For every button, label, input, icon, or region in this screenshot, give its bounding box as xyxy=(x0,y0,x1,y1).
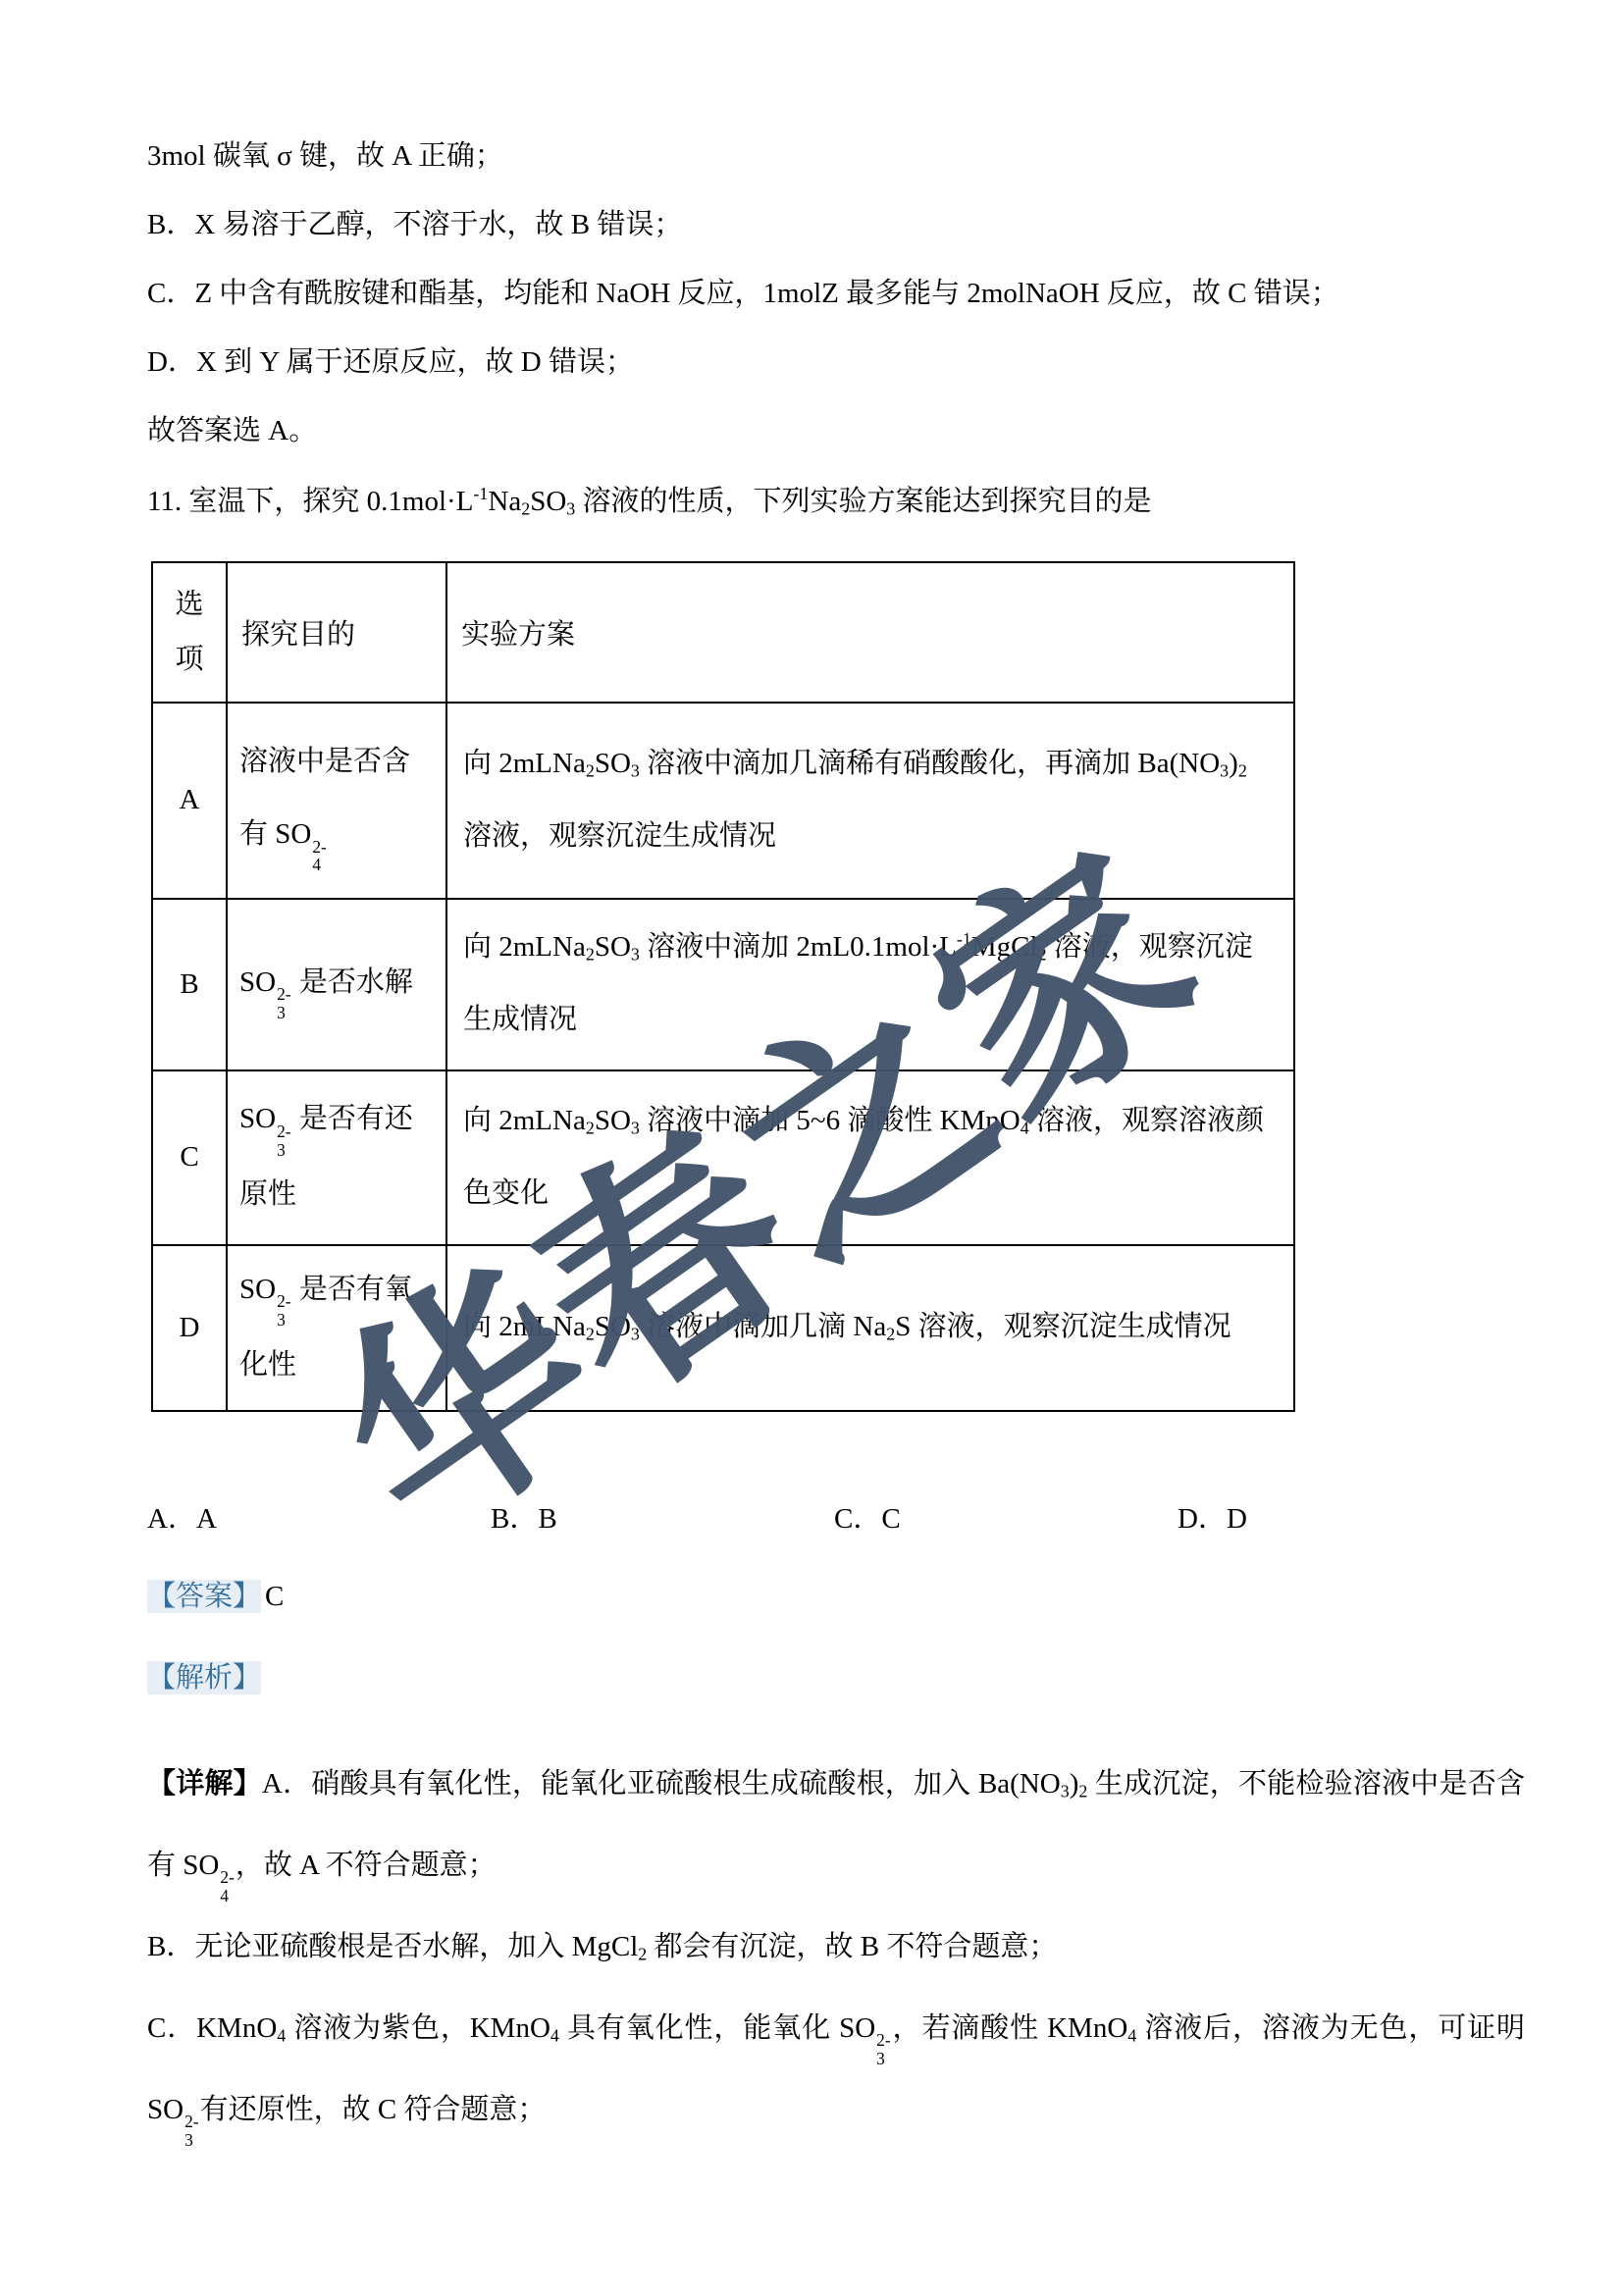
choice-a: A．A xyxy=(147,1496,491,1537)
table-row-b: B SO2-3 是否水解 向 2mLNa2SO3 溶液中滴加 2mL0.1mol… xyxy=(152,899,1294,1070)
table-row-c: C SO2-3 是否有还原性 向 2mLNa2SO3 溶液中滴加 5~6 滴酸性… xyxy=(152,1070,1294,1245)
document-page: 3mol 碳氧 σ 键，故 A 正确； B．X 易溶于乙醇，不溶于水，故 B 错… xyxy=(0,0,1623,2296)
plan-cell-d: 向 2mLNa2SO3 溶液中滴加几滴 Na2S 溶液，观察沉淀生成情况 xyxy=(446,1245,1294,1411)
col-header-option: 选项 xyxy=(152,562,227,703)
answer-label: 【答案】 xyxy=(147,1580,261,1613)
goal-cell-c: SO2-3 是否有还原性 xyxy=(227,1070,446,1245)
col-header-plan: 实验方案 xyxy=(446,562,1294,703)
detail-text-a: A．硝酸具有氧化性，能氧化亚硫酸根生成硫酸根，加入 Ba(NO3)2 生成沉淀，… xyxy=(147,1768,1525,1881)
table-row-d: D SO2-3 是否有氧化性 向 2mLNa2SO3 溶液中滴加几滴 Na2S … xyxy=(152,1245,1294,1411)
detail-label: 【详解】 xyxy=(147,1768,262,1800)
question-stem: 11. 室温下，探究 0.1mol·L-1Na2SO3 溶液的性质，下列实验方案… xyxy=(147,481,1525,524)
choice-c: C．C xyxy=(834,1496,1178,1537)
option-letter-a: A xyxy=(152,703,227,899)
detail-paragraph-c: C．KMnO4 溶液为紫色，KMnO4 具有氧化性，能氧化 SO2-3，若滴酸性… xyxy=(147,1988,1525,2151)
col-header-goal: 探究目的 xyxy=(227,562,446,703)
plan-cell-a: 向 2mLNa2SO3 溶液中滴加几滴稀有硝酸酸化，再滴加 Ba(NO3)2 溶… xyxy=(446,703,1294,899)
analysis-line: 【解析】 xyxy=(147,1657,1525,1700)
detail-paragraph-a: 【详解】A．硝酸具有氧化性，能氧化亚硫酸根生成硫酸根，加入 Ba(NO3)2 生… xyxy=(147,1744,1525,1906)
explanation-conclusion: 故答案选 A。 xyxy=(147,410,1525,451)
option-letter-d: D xyxy=(152,1245,227,1411)
goal-cell-b: SO2-3 是否水解 xyxy=(227,899,446,1070)
answer-line: 【答案】C xyxy=(147,1576,1525,1619)
table-header-row: 选项 探究目的 实验方案 xyxy=(152,562,1294,703)
plan-cell-c: 向 2mLNa2SO3 溶液中滴加 5~6 滴酸性 KMnO4 溶液，观察溶液颜… xyxy=(446,1070,1294,1245)
detail-section: 【详解】A．硝酸具有氧化性，能氧化亚硫酸根生成硫酸根，加入 Ba(NO3)2 生… xyxy=(147,1744,1525,2151)
option-letter-c: C xyxy=(152,1070,227,1245)
page-content: 3mol 碳氧 σ 键，故 A 正确； B．X 易溶于乙醇，不溶于水，故 B 错… xyxy=(147,135,1525,2151)
analysis-label: 【解析】 xyxy=(147,1661,261,1695)
answer-value: C xyxy=(261,1581,284,1612)
detail-paragraph-b: B．无论亚硫酸根是否水解，加入 MgCl2 都会有沉淀，故 B 不符合题意； xyxy=(147,1906,1525,1988)
plan-cell-b: 向 2mLNa2SO3 溶液中滴加 2mL0.1mol·L-1MgCl2 溶液，… xyxy=(446,899,1294,1070)
explanation-line-b: B．X 易溶于乙醇，不溶于水，故 B 错误； xyxy=(147,204,1525,245)
explanation-line-c: C．Z 中含有酰胺键和酯基，均能和 NaOH 反应，1molZ 最多能与 2mo… xyxy=(147,273,1525,314)
previous-question-explanation: 3mol 碳氧 σ 键，故 A 正确； B．X 易溶于乙醇，不溶于水，故 B 错… xyxy=(147,135,1525,451)
option-letter-b: B xyxy=(152,899,227,1070)
explanation-line-d: D．X 到 Y 属于还原反应，故 D 错误； xyxy=(147,341,1525,383)
options-table: 选项 探究目的 实验方案 A 溶液中是否含有 SO2-4 向 2mLNa2SO3… xyxy=(151,561,1295,1412)
choice-d: D．D xyxy=(1178,1496,1525,1537)
explanation-line-a: 3mol 碳氧 σ 键，故 A 正确； xyxy=(147,135,1525,177)
table-row-a: A 溶液中是否含有 SO2-4 向 2mLNa2SO3 溶液中滴加几滴稀有硝酸酸… xyxy=(152,703,1294,899)
goal-cell-d: SO2-3 是否有氧化性 xyxy=(227,1245,446,1411)
choice-b: B．B xyxy=(491,1496,834,1537)
goal-cell-a: 溶液中是否含有 SO2-4 xyxy=(227,703,446,899)
choices-row: A．A B．B C．C D．D xyxy=(147,1496,1525,1537)
